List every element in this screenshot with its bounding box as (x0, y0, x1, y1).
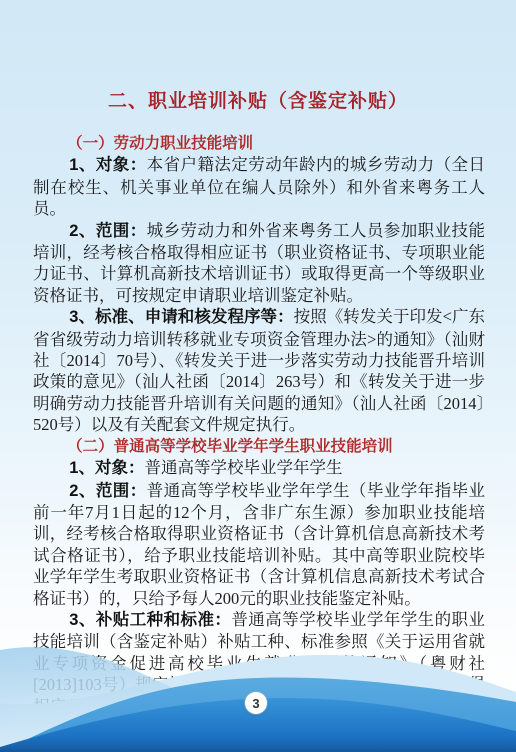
document-page: 二、职业培训补贴（含鉴定补贴） （一）劳动力职业技能培训 1、对象：本省户籍法定… (0, 0, 516, 752)
page-number-badge: 3 (245, 692, 267, 714)
section-1-heading: （一）劳动力职业技能培训 (33, 133, 485, 154)
section-2-heading: （二）普通高等学校毕业学年学生职业技能培训 (33, 436, 485, 457)
section-2-paragraph-2: 2、范围：普通高等学校毕业学年学生（毕业学年指毕业前一年7月1日起的12个月，含… (33, 480, 485, 609)
section-1-paragraph-1: 1、对象：本省户籍法定劳动年龄内的城乡劳动力（全日制在校生、机关事业单位在编人员… (33, 154, 485, 219)
page-content: （一）劳动力职业技能培训 1、对象：本省户籍法定劳动年龄内的城乡劳动力（全日制在… (33, 133, 485, 717)
paragraph-label: 2、范围： (69, 482, 146, 500)
page-title: 二、职业培训补贴（含鉴定补贴） (0, 86, 516, 113)
paragraph-label: 1、对象： (69, 156, 146, 174)
paragraph-text: 按照《转发关于印发<广东省省级劳动力培训转移就业专项资金管理办法>的通知》（汕财… (33, 307, 485, 434)
section-1-paragraph-2: 2、范围：城乡劳动力和外省来粤务工人员参加职业技能培训，经考核合格取得相应证书（… (33, 220, 485, 307)
paragraph-label: 2、范围： (69, 222, 146, 240)
section-1-paragraph-3: 3、标准、申请和核发程序等：按照《转发关于印发<广东省省级劳动力培训转移就业专项… (33, 306, 485, 435)
paragraph-text: 普通高等学校毕业学年学生 (144, 458, 342, 477)
section-2-paragraph-1: 1、对象：普通高等学校毕业学年学生 (33, 457, 485, 479)
page-number: 3 (252, 696, 259, 711)
paragraph-label: 1、对象： (69, 459, 144, 477)
paragraph-label: 3、标准、申请和核发程序等： (69, 308, 293, 326)
paragraph-label: 3、补贴工种和标准： (69, 611, 231, 629)
